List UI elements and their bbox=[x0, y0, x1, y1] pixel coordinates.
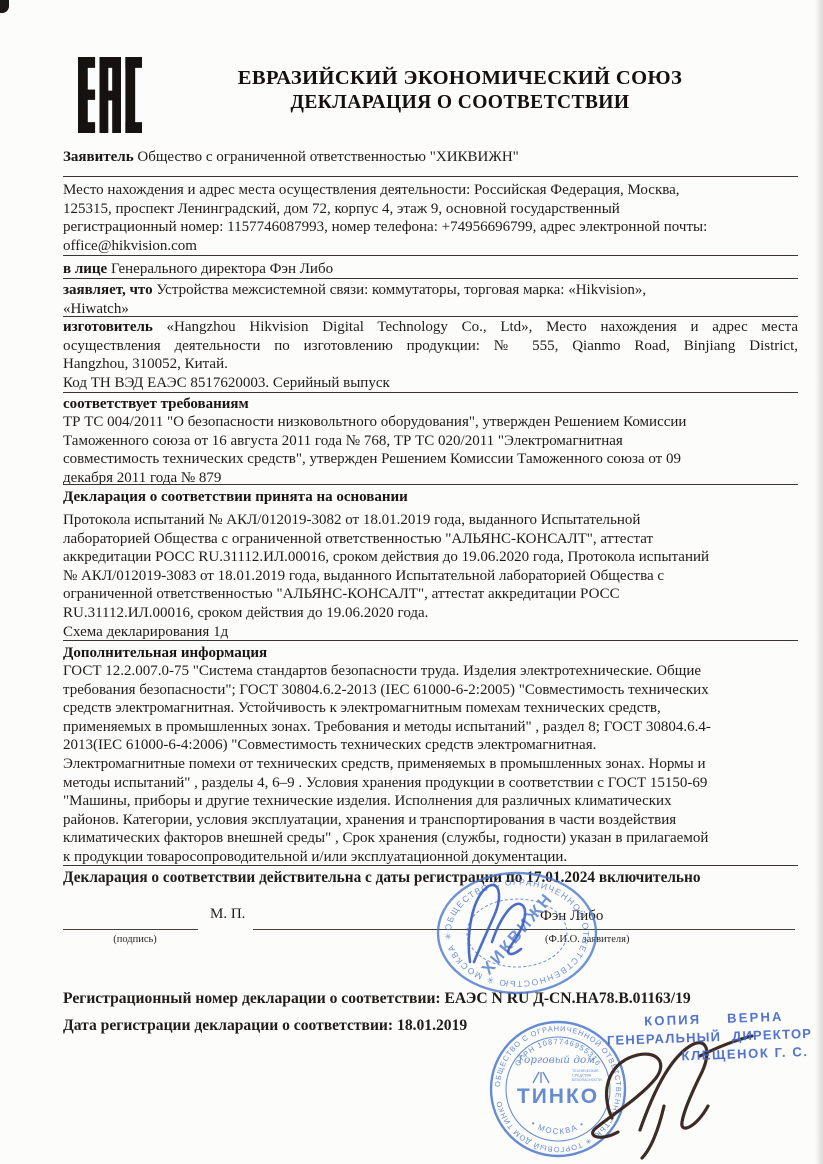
additional-heading-text: Дополнительная информация bbox=[63, 645, 267, 661]
in-person-label: в лице bbox=[63, 261, 107, 277]
section-applicant: Заявитель Общество с ограниченной ответс… bbox=[63, 148, 798, 167]
signature-line-right bbox=[253, 929, 795, 930]
section-manufacturer: изготовитель «Hangzhou Hikvision Digital… bbox=[63, 318, 798, 392]
tinko-tagline-1: ТЕХНИЧЕСКИЕ bbox=[572, 1069, 599, 1073]
text-line: климатических факторов внешней среды" , … bbox=[63, 829, 798, 848]
title-union: ЕВРАЗИЙСКИЙ ЭКОНОМИЧЕСКИЙ СОЮЗ bbox=[140, 66, 780, 91]
section-divider bbox=[63, 392, 798, 393]
text-line: аккредитации РОСС RU.31112.ИЛ.00016, сро… bbox=[63, 548, 798, 567]
section-declares: заявляет, что Устройства межсистемной св… bbox=[63, 281, 798, 318]
text-line: Место нахождения и адрес места осуществл… bbox=[63, 181, 798, 200]
text-line: требования безопасности"; ГОСТ 30804.6.2… bbox=[63, 681, 798, 700]
tinko-stamp-city-text: • МОСКВА • bbox=[529, 1119, 586, 1136]
section-divider bbox=[63, 255, 798, 256]
basis-heading-text: Декларация о соответствии принята на осн… bbox=[63, 489, 408, 505]
section-divider bbox=[63, 316, 798, 317]
text-line: методы испытаний" , разделы 4, 6–9 . Усл… bbox=[63, 774, 798, 793]
registration-date-row: Дата регистрации декларации о соответств… bbox=[63, 1017, 467, 1035]
registration-date-label: Дата регистрации декларации о соответств… bbox=[63, 1017, 393, 1034]
section-complies: ТР ТС 004/2011 "О безопасности низковоль… bbox=[63, 413, 798, 487]
applicant-label: Заявитель bbox=[63, 149, 134, 165]
section-additional: ГОСТ 12.2.007.0-75 "Система стандартов б… bbox=[63, 662, 798, 867]
text-line: совместимость технических средств", утве… bbox=[63, 450, 798, 469]
tinko-tagline-2: СРЕДСТВА bbox=[572, 1074, 592, 1078]
tinko-stamp-ogrn-text: ОГРН 1087746955316 bbox=[513, 1037, 603, 1068]
tinko-tagline-3: БЕЗОПАСНОСТИ bbox=[572, 1078, 602, 1082]
text-line: Код ТН ВЭД ЕАЭС 8517620003. Серийный вып… bbox=[63, 374, 798, 393]
complies-heading: соответствует требованиям bbox=[63, 395, 798, 414]
manufacturer-label: изготовитель bbox=[63, 319, 153, 335]
text-line: осуществления деятельности по изготовлен… bbox=[63, 337, 798, 356]
complies-heading-text: соответствует требованиям bbox=[63, 396, 249, 412]
text-line: Протокола испытаний № АКЛ/012019-3082 от… bbox=[63, 511, 798, 530]
text-line: Hangzhou, 310052, Китай. bbox=[63, 355, 798, 374]
registration-date-value: 18.01.2019 bbox=[397, 1017, 467, 1034]
tinko-stamp-ring-text: ОБЩЕСТВО С ОГРАНИЧЕННОЙ ОТВЕТСТВЕННОСТЬЮ… bbox=[493, 1024, 623, 1154]
declares-label: заявляет, что bbox=[63, 282, 153, 298]
validity-statement: Декларация о соответствии действительна … bbox=[63, 869, 798, 887]
manufacturer-lines: осуществления деятельности по изготовлен… bbox=[63, 337, 798, 393]
svg-text:ОГРН 1087746955316: ОГРН 1087746955316 bbox=[513, 1037, 603, 1068]
text-line: Схема декларирования 1д bbox=[63, 623, 798, 642]
declares-line1: Устройства межсистемной связи: коммутато… bbox=[156, 282, 646, 298]
text-line: office@hikvision.com bbox=[63, 237, 798, 256]
manufacturer-line1: «Hangzhou Hikvision Digital Technology C… bbox=[167, 319, 798, 335]
eac-logo bbox=[78, 57, 142, 133]
section-divider bbox=[63, 278, 798, 279]
signature-line-left bbox=[63, 929, 198, 930]
svg-text:ОБЩЕСТВО С ОГРАНИЧЕННОЙ ОТВЕТС: ОБЩЕСТВО С ОГРАНИЧЕННОЙ ОТВЕТСТВЕННОСТЬЮ… bbox=[493, 1024, 623, 1154]
text-line: применяемых в промышленных зонах. Требов… bbox=[63, 718, 798, 737]
section-divider bbox=[63, 484, 798, 485]
section-address: Место нахождения и адрес места осуществл… bbox=[63, 181, 798, 255]
applicant-signature bbox=[469, 885, 525, 962]
text-line: Таможенного союза от 16 августа 2011 год… bbox=[63, 432, 798, 451]
svg-text:• МОСКВА •: • МОСКВА • bbox=[529, 1119, 586, 1136]
applicant-name: Фэн Либо bbox=[540, 908, 603, 925]
mp-label: М. П. bbox=[210, 906, 245, 923]
registration-number-label: Регистрационный номер декларации о соотв… bbox=[63, 990, 441, 1007]
scan-edge-shade bbox=[815, 0, 823, 1164]
additional-heading: Дополнительная информация bbox=[63, 644, 798, 663]
section-divider bbox=[63, 176, 798, 177]
copy-stamp-line3: КЛЕЩЕНОК Г. С. bbox=[681, 1042, 823, 1065]
document-title: ЕВРАЗИЙСКИЙ ЭКОНОМИЧЕСКИЙ СОЮЗ ДЕКЛАРАЦИ… bbox=[140, 66, 780, 115]
section-divider bbox=[63, 640, 798, 641]
tinko-logo-antenna-icon bbox=[533, 1072, 549, 1083]
text-line: Электромагнитные помехи от технических с… bbox=[63, 755, 798, 774]
tinko-round-stamp: ОБЩЕСТВО С ОГРАНИЧЕННОЙ ОТВЕТСТВЕННОСТЬЮ… bbox=[491, 1022, 625, 1156]
text-line: ГОСТ 12.2.007.0-75 "Система стандартов б… bbox=[63, 662, 798, 681]
fio-caption: (Ф.И.О. заявителя) bbox=[545, 934, 630, 945]
applicant-value: Общество с ограниченной ответственностью… bbox=[137, 149, 518, 165]
text-line: RU.31112.ИЛ.00016, сроком действия до 19… bbox=[63, 604, 798, 623]
tinko-stamp-script-text: Торговый дом bbox=[517, 1054, 595, 1066]
text-line: средств электромагнитная. Устойчивость к… bbox=[63, 699, 798, 718]
text-line: "Машины, приборы и другие технические из… bbox=[63, 792, 798, 811]
text-line: № АКЛ/012019-3083 от 18.01.2019 года, вы… bbox=[63, 567, 798, 586]
text-line: районов. Категории, условия эксплуатации… bbox=[63, 811, 798, 830]
signature-caption: (подпись) bbox=[95, 934, 175, 945]
text-line: ограниченной ответственностью "АЛЬЯНС-КО… bbox=[63, 585, 798, 604]
text-line: лабораторией Общества с ограниченной отв… bbox=[63, 530, 798, 549]
registration-number-value: ЕАЭС N RU Д-CN.НА78.В.01163/19 bbox=[445, 990, 691, 1007]
applicant-stamp-ring-text: ОБЩЕСТВО С ОГРАНИЧЕННОЙ ОТВЕТСТВЕННОСТЬЮ… bbox=[443, 877, 591, 989]
text-line: ТР ТС 004/2011 "О безопасности низковоль… bbox=[63, 413, 798, 432]
basis-heading: Декларация о соответствии принята на осн… bbox=[63, 488, 798, 507]
tinko-stamp-logo-text: ТИНКО bbox=[517, 1085, 599, 1108]
text-line: регистрационный номер: 1157746087993, но… bbox=[63, 218, 798, 237]
section-divider bbox=[63, 865, 798, 866]
copy-verification-stamp: КОПИЯ ВЕРНА ГЕНЕРАЛЬНЫЙ ДИРЕКТОР КЛЕЩЕНО… bbox=[606, 1006, 823, 1068]
text-line: 125315, проспект Ленинградский, дом 72, … bbox=[63, 200, 798, 219]
registration-number-row: Регистрационный номер декларации о соотв… bbox=[63, 990, 691, 1008]
section-basis: Протокола испытаний № АКЛ/012019-3082 от… bbox=[63, 511, 798, 641]
applicant-round-stamp: ОБЩЕСТВО С ОГРАНИЧЕННОЙ ОТВЕТСТВЕННОСТЬЮ… bbox=[438, 873, 596, 993]
text-line: к продукции товаросопроводительной и/или… bbox=[63, 848, 798, 867]
title-declaration: ДЕКЛАРАЦИЯ О СООТВЕТСТВИИ bbox=[140, 91, 780, 115]
section-in-person: в лице Генерального директора Фэн Либо bbox=[63, 260, 798, 279]
scan-corner-mark bbox=[0, 0, 9, 13]
declaration-document: ЕВРАЗИЙСКИЙ ЭКОНОМИЧЕСКИЙ СОЮЗ ДЕКЛАРАЦИ… bbox=[0, 0, 823, 1164]
svg-text:ОБЩЕСТВО С ОГРАНИЧЕННОЙ ОТВЕТС: ОБЩЕСТВО С ОГРАНИЧЕННОЙ ОТВЕТСТВЕННОСТЬЮ… bbox=[443, 877, 591, 989]
in-person-value: Генерального директора Фэн Либо bbox=[111, 261, 333, 277]
text-line: 2013(IEC 61000-6-4:2006) "Совместимость … bbox=[63, 736, 798, 755]
